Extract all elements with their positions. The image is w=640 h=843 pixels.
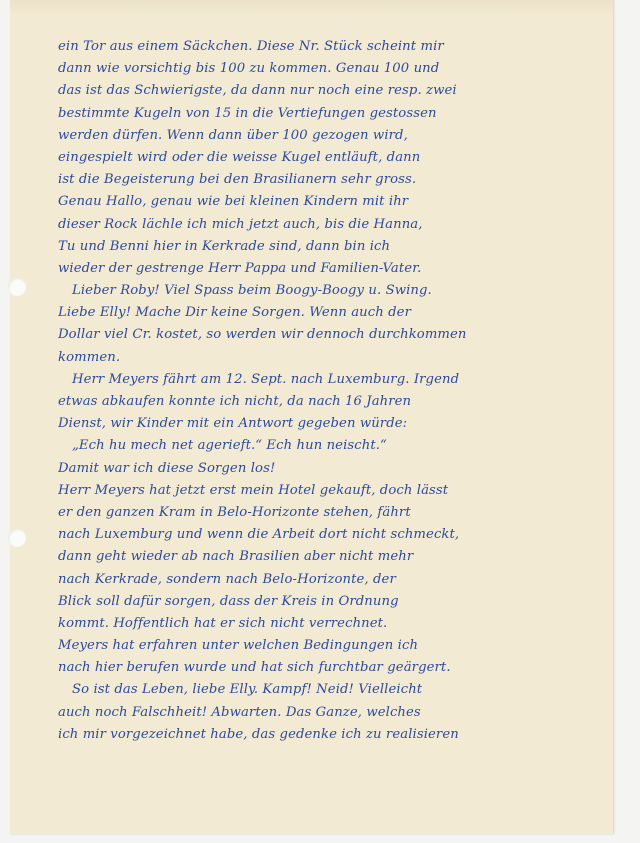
text-line: So ist das Leben, liebe Elly. Kampf! Nei… [58,679,618,701]
text-line: Meyers hat erfahren unter welchen Beding… [58,635,618,657]
text-line: Dienst, wir Kinder mit ein Antwort gegeb… [58,413,618,435]
text-line: Damit war ich diese Sorgen los! [58,458,618,480]
text-line: eingespielt wird oder die weisse Kugel e… [58,147,618,169]
text-line: nach Kerkrade, sondern nach Belo-Horizon… [58,569,618,591]
text-line: Herr Meyers hat jetzt erst mein Hotel ge… [58,480,618,502]
text-line: etwas abkaufen konnte ich nicht, da nach… [58,391,618,413]
text-line: er den ganzen Kram in Belo-Horizonte ste… [58,502,618,524]
text-line: Herr Meyers fährt am 12. Sept. nach Luxe… [58,369,618,391]
text-line: werden dürfen. Wenn dann über 100 gezoge… [58,125,618,147]
text-line: Tu und Benni hier in Kerkrade sind, dann… [58,236,618,258]
text-line: ein Tor aus einem Säckchen. Diese Nr. St… [58,36,618,58]
handwritten-text: ein Tor aus einem Säckchen. Diese Nr. St… [58,36,618,746]
text-line: auch noch Falschheit! Abwarten. Das Ganz… [58,702,618,724]
text-line: kommen. [58,347,618,369]
text-line: Lieber Roby! Viel Spass beim Boogy-Boogy… [58,280,618,302]
text-line: ist die Begeisterung bei den Brasilianer… [58,169,618,191]
text-line: „Ech hu mech net agerieft.“ Ech hun neis… [58,435,618,457]
text-line: dann wie vorsichtig bis 100 zu kommen. G… [58,58,618,80]
text-line: nach Luxemburg und wenn die Arbeit dort … [58,524,618,546]
text-line: ich mir vorgezeichnet habe, das gedenke … [58,724,618,746]
text-line: bestimmte Kugeln von 15 in die Vertiefun… [58,103,618,125]
paper-fold [10,0,613,14]
letter-page: ein Tor aus einem Säckchen. Diese Nr. St… [10,0,613,834]
text-line: Genau Hallo, genau wie bei kleinen Kinde… [58,191,618,213]
text-line: nach hier berufen wurde und hat sich fur… [58,657,618,679]
punch-hole-top [8,278,26,296]
punch-hole-bottom [8,529,26,547]
text-line: Dollar viel Cr. kostet, so werden wir de… [58,324,618,346]
text-line: wieder der gestrenge Herr Pappa und Fami… [58,258,618,280]
text-line: kommt. Hoffentlich hat er sich nicht ver… [58,613,618,635]
text-line: Blick soll dafür sorgen, dass der Kreis … [58,591,618,613]
text-line: dieser Rock lächle ich mich jetzt auch, … [58,214,618,236]
text-line: das ist das Schwierigste, da dann nur no… [58,80,618,102]
text-line: dann geht wieder ab nach Brasilien aber … [58,546,618,568]
text-line: Liebe Elly! Mache Dir keine Sorgen. Wenn… [58,302,618,324]
